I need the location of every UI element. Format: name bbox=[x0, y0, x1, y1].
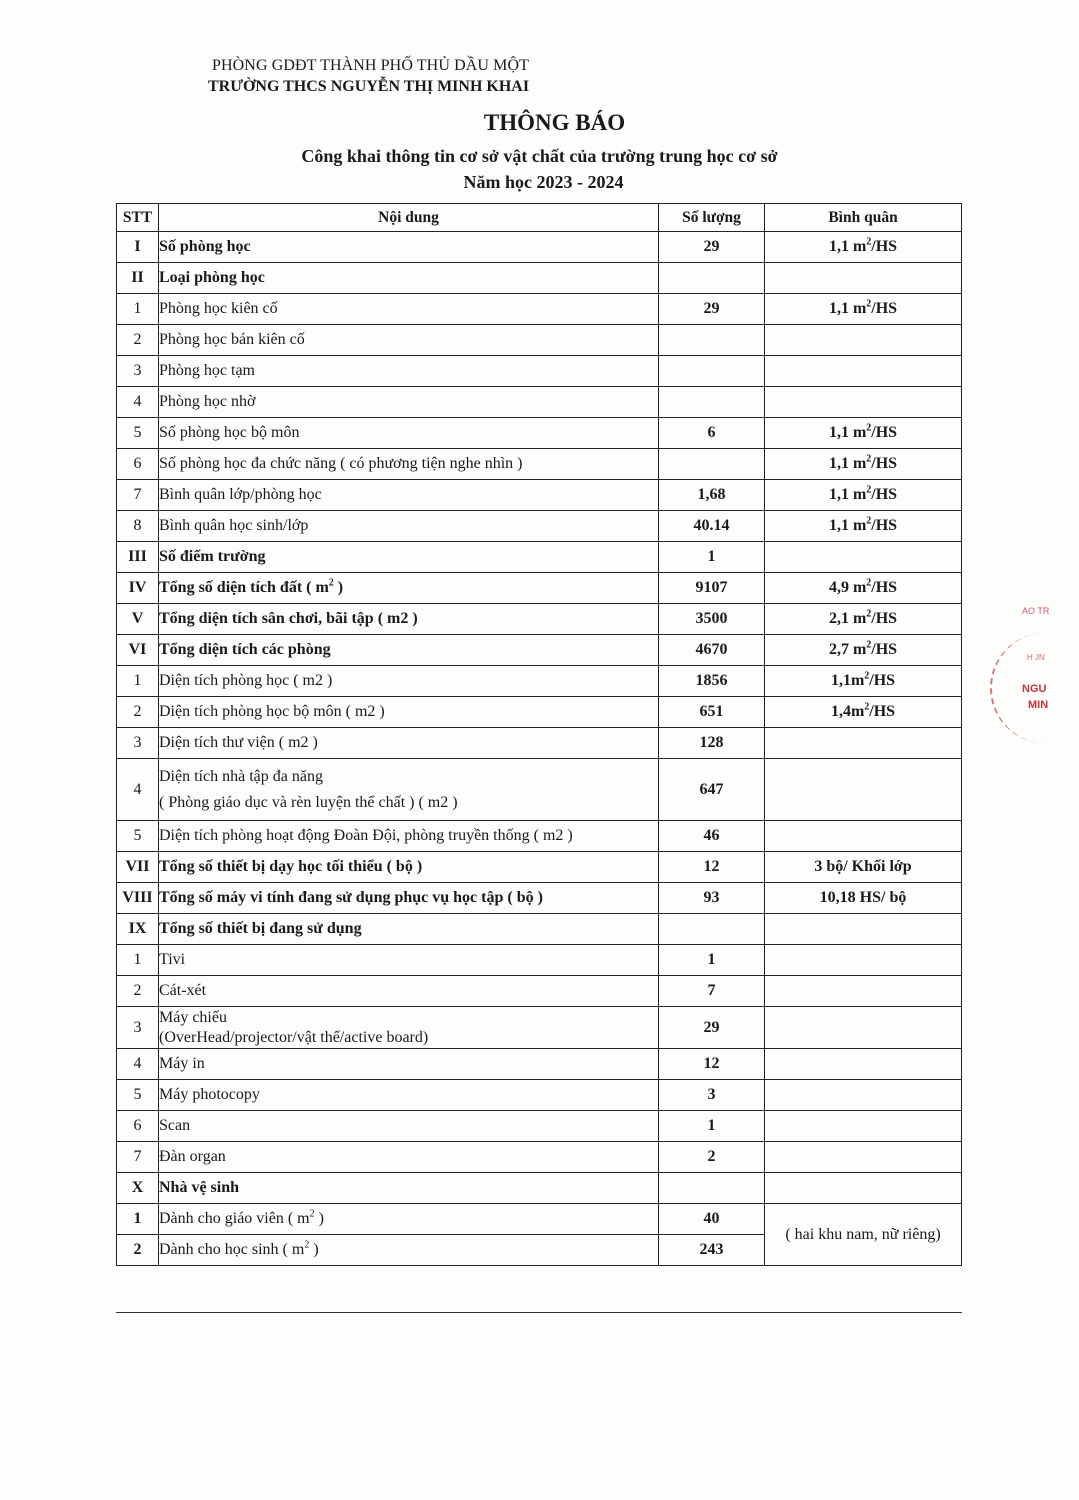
table-row: 2Diện tích phòng học bộ môn ( m2 )6511,4… bbox=[117, 697, 962, 728]
cell-quantity: 243 bbox=[659, 1235, 765, 1266]
table-row: 6Số phòng học đa chức năng ( có phương t… bbox=[117, 449, 962, 480]
cell-stt: 1 bbox=[117, 1204, 159, 1235]
cell-quantity: 4670 bbox=[659, 635, 765, 666]
cell-average: 1,1 m2/HS bbox=[765, 294, 962, 325]
cell-content: Phòng học bán kiên cố bbox=[159, 325, 659, 356]
cell-stt: 7 bbox=[117, 1142, 159, 1173]
cell-average: 3 bộ/ Khối lớp bbox=[765, 852, 962, 883]
content-text: Bình quân lớp/phòng học bbox=[159, 486, 322, 503]
cell-quantity bbox=[659, 914, 765, 945]
cell-content: Dành cho học sinh ( m2 ) bbox=[159, 1235, 659, 1266]
cell-quantity: 6 bbox=[659, 418, 765, 449]
cell-content: Phòng học kiên cố bbox=[159, 294, 659, 325]
cell-quantity: 3500 bbox=[659, 604, 765, 635]
cell-content: Diện tích phòng học ( m2 ) bbox=[159, 666, 659, 697]
cell-average bbox=[765, 542, 962, 573]
cell-average: 2,1 m2/HS bbox=[765, 604, 962, 635]
column-header-content: Nội dung bbox=[159, 204, 659, 232]
content-text: Phòng học nhờ bbox=[159, 393, 255, 410]
content-text: Số phòng học đa chức năng ( có phương ti… bbox=[159, 455, 523, 472]
content-text: Máy chiếu bbox=[159, 1009, 227, 1026]
table-row: VITổng diện tích các phòng46702,7 m2/HS bbox=[117, 635, 962, 666]
table-row: 7Bình quân lớp/phòng học1,681,1 m2/HS bbox=[117, 480, 962, 511]
table-row: 5Số phòng học bộ môn61,1 m2/HS bbox=[117, 418, 962, 449]
stamp-text: MIN bbox=[1028, 699, 1048, 711]
table-row: 4Phòng học nhờ bbox=[117, 387, 962, 418]
cell-average bbox=[765, 387, 962, 418]
cell-stt: III bbox=[117, 542, 159, 573]
cell-quantity: 1 bbox=[659, 945, 765, 976]
cell-stt: 2 bbox=[117, 1235, 159, 1266]
cell-average bbox=[765, 1080, 962, 1111]
cell-stt: 4 bbox=[117, 387, 159, 418]
cell-stt: 4 bbox=[117, 759, 159, 821]
content-text: Diện tích phòng hoạt động Đoàn Đội, phòn… bbox=[159, 827, 573, 844]
table-row: 1Dành cho giáo viên ( m2 )40( hai khu na… bbox=[117, 1204, 962, 1235]
cell-content: Scan bbox=[159, 1111, 659, 1142]
cell-average: 4,9 m2/HS bbox=[765, 573, 962, 604]
footer-divider bbox=[116, 1312, 962, 1313]
content-text: Cát-xét bbox=[159, 982, 206, 999]
content-text: Đàn organ bbox=[159, 1148, 226, 1165]
cell-quantity bbox=[659, 356, 765, 387]
cell-stt: 2 bbox=[117, 976, 159, 1007]
cell-stt: I bbox=[117, 232, 159, 263]
cell-content: Dành cho giáo viên ( m2 ) bbox=[159, 1204, 659, 1235]
cell-quantity: 9107 bbox=[659, 573, 765, 604]
cell-stt: 4 bbox=[117, 1049, 159, 1080]
cell-content: Tổng diện tích các phòng bbox=[159, 635, 659, 666]
cell-stt: II bbox=[117, 263, 159, 294]
cell-content: Diện tích phòng học bộ môn ( m2 ) bbox=[159, 697, 659, 728]
cell-stt: X bbox=[117, 1173, 159, 1204]
cell-content: Tổng diện tích sân chơi, bãi tập ( m2 ) bbox=[159, 604, 659, 635]
table-row: 5Diện tích phòng hoạt động Đoàn Đội, phò… bbox=[117, 821, 962, 852]
content-text: Tổng số thiết bị dạy học tối thiểu ( bộ … bbox=[159, 858, 422, 875]
cell-average bbox=[765, 728, 962, 759]
cell-content: Tổng số thiết bị dạy học tối thiểu ( bộ … bbox=[159, 852, 659, 883]
cell-quantity: 29 bbox=[659, 294, 765, 325]
content-text: Diện tích phòng học ( m2 ) bbox=[159, 672, 332, 689]
cell-content: Tổng số diện tích đất ( m2 ) bbox=[159, 573, 659, 604]
cell-content: Phòng học nhờ bbox=[159, 387, 659, 418]
cell-quantity: 93 bbox=[659, 883, 765, 914]
school-name: TRƯỜNG THCS NGUYỄN THỊ MINH KHAI bbox=[208, 78, 529, 96]
table-row: VIITổng số thiết bị dạy học tối thiểu ( … bbox=[117, 852, 962, 883]
content-text: Dành cho giáo viên ( m2 ) bbox=[159, 1210, 324, 1227]
cell-content: Diện tích thư viện ( m2 ) bbox=[159, 728, 659, 759]
cell-content: Phòng học tạm bbox=[159, 356, 659, 387]
stamp-text: AO TR bbox=[1022, 606, 1049, 616]
cell-content: Tổng số máy vi tính đang sử dụng phục vụ… bbox=[159, 883, 659, 914]
cell-quantity: 12 bbox=[659, 852, 765, 883]
cell-average: 1,1 m2/HS bbox=[765, 418, 962, 449]
cell-average bbox=[765, 325, 962, 356]
cell-quantity: 1856 bbox=[659, 666, 765, 697]
cell-stt: 2 bbox=[117, 325, 159, 356]
document-subtitle: Công khai thông tin cơ sở vật chất của t… bbox=[0, 146, 1079, 167]
cell-stt: 6 bbox=[117, 449, 159, 480]
cell-content: Loại phòng học bbox=[159, 263, 659, 294]
content-text: Phòng học bán kiên cố bbox=[159, 331, 305, 348]
table-row: 2Cát-xét7 bbox=[117, 976, 962, 1007]
table-row: ISố phòng học291,1 m2/HS bbox=[117, 232, 962, 263]
cell-content: Cát-xét bbox=[159, 976, 659, 1007]
cell-content: Tổng số thiết bị đang sử dụng bbox=[159, 914, 659, 945]
cell-quantity: 29 bbox=[659, 232, 765, 263]
cell-average bbox=[765, 759, 962, 821]
cell-average bbox=[765, 976, 962, 1007]
document-title: THÔNG BÁO bbox=[0, 110, 1079, 136]
cell-stt: 5 bbox=[117, 821, 159, 852]
column-header-average: Bình quân bbox=[765, 204, 962, 232]
cell-average: ( hai khu nam, nữ riêng) bbox=[765, 1204, 962, 1266]
table-row: IVTổng số diện tích đất ( m2 )91074,9 m2… bbox=[117, 573, 962, 604]
school-year: Năm học 2023 - 2024 bbox=[0, 172, 1079, 193]
cell-average bbox=[765, 1049, 962, 1080]
content-text: Phòng học kiên cố bbox=[159, 300, 278, 317]
table-row: IIISố điểm trường1 bbox=[117, 542, 962, 573]
cell-average bbox=[765, 1173, 962, 1204]
table-row: VTổng diện tích sân chơi, bãi tập ( m2 )… bbox=[117, 604, 962, 635]
cell-quantity: 2 bbox=[659, 1142, 765, 1173]
table-row: IXTổng số thiết bị đang sử dụng bbox=[117, 914, 962, 945]
content-text: Số điểm trường bbox=[159, 548, 265, 565]
cell-stt: VI bbox=[117, 635, 159, 666]
cell-quantity: 647 bbox=[659, 759, 765, 821]
table-row: 1Diện tích phòng học ( m2 )18561,1m2/HS bbox=[117, 666, 962, 697]
content-text: Số phòng học bbox=[159, 238, 251, 255]
cell-quantity bbox=[659, 325, 765, 356]
content-text: Số phòng học bộ môn bbox=[159, 424, 299, 441]
cell-quantity: 46 bbox=[659, 821, 765, 852]
content-text: Tổng số thiết bị đang sử dụng bbox=[159, 920, 362, 937]
column-header-quantity: Số lượng bbox=[659, 204, 765, 232]
cell-average: 1,1 m2/HS bbox=[765, 449, 962, 480]
department-name: PHÒNG GDĐT THÀNH PHỐ THỦ DẦU MỘT bbox=[212, 57, 529, 75]
cell-stt: 1 bbox=[117, 666, 159, 697]
cell-stt: 8 bbox=[117, 511, 159, 542]
table-row: 1Phòng học kiên cố291,1 m2/HS bbox=[117, 294, 962, 325]
cell-quantity: 128 bbox=[659, 728, 765, 759]
cell-stt: 7 bbox=[117, 480, 159, 511]
cell-quantity bbox=[659, 387, 765, 418]
content-text: Scan bbox=[159, 1117, 190, 1134]
cell-content: Diện tích nhà tập đa năng( Phòng giáo dụ… bbox=[159, 759, 659, 821]
content-text: Phòng học tạm bbox=[159, 362, 255, 379]
table-row: 7Đàn organ2 bbox=[117, 1142, 962, 1173]
cell-stt: VIII bbox=[117, 883, 159, 914]
content-text: Loại phòng học bbox=[159, 269, 265, 286]
content-text: Tivi bbox=[159, 951, 185, 968]
cell-average: 2,7 m2/HS bbox=[765, 635, 962, 666]
cell-content: Số phòng học bbox=[159, 232, 659, 263]
column-header-stt: STT bbox=[117, 204, 159, 232]
cell-stt: V bbox=[117, 604, 159, 635]
table-row: 4Máy in12 bbox=[117, 1049, 962, 1080]
content-text: Tổng số máy vi tính đang sử dụng phục vụ… bbox=[159, 889, 543, 906]
content-text: Diện tích nhà tập đa năng bbox=[159, 768, 323, 785]
content-text: Dành cho học sinh ( m2 ) bbox=[159, 1241, 319, 1258]
table-row: 3Máy chiếu(OverHead/projector/vật thể/ac… bbox=[117, 1007, 962, 1049]
table-row: 5Máy photocopy3 bbox=[117, 1080, 962, 1111]
cell-stt: 1 bbox=[117, 945, 159, 976]
content-text: Tổng số diện tích đất ( m2 ) bbox=[159, 579, 343, 596]
cell-average bbox=[765, 1142, 962, 1173]
cell-average bbox=[765, 263, 962, 294]
cell-content: Máy chiếu(OverHead/projector/vật thể/act… bbox=[159, 1007, 659, 1049]
stamp-text: NGU bbox=[1022, 683, 1046, 695]
cell-average bbox=[765, 356, 962, 387]
cell-quantity bbox=[659, 263, 765, 294]
cell-average: 1,1 m2/HS bbox=[765, 511, 962, 542]
cell-average bbox=[765, 1007, 962, 1049]
cell-quantity: 1 bbox=[659, 542, 765, 573]
cell-content: Số phòng học bộ môn bbox=[159, 418, 659, 449]
cell-content: Số điểm trường bbox=[159, 542, 659, 573]
content-text: Diện tích thư viện ( m2 ) bbox=[159, 734, 318, 751]
cell-stt: 5 bbox=[117, 418, 159, 449]
cell-average: 1,1 m2/HS bbox=[765, 232, 962, 263]
cell-average: 10,18 HS/ bộ bbox=[765, 883, 962, 914]
cell-quantity bbox=[659, 1173, 765, 1204]
cell-stt: 3 bbox=[117, 356, 159, 387]
official-stamp: AO TR H JN NGU MIN bbox=[982, 598, 1079, 758]
cell-stt: 3 bbox=[117, 1007, 159, 1049]
cell-average bbox=[765, 1111, 962, 1142]
table-row: 1Tivi1 bbox=[117, 945, 962, 976]
cell-content: Máy in bbox=[159, 1049, 659, 1080]
content-text: Máy in bbox=[159, 1055, 205, 1072]
content-text: Nhà vệ sinh bbox=[159, 1179, 239, 1196]
content-text: Tổng diện tích các phòng bbox=[159, 641, 331, 658]
stamp-text: H JN bbox=[1027, 653, 1045, 662]
cell-quantity: 651 bbox=[659, 697, 765, 728]
cell-content: Đàn organ bbox=[159, 1142, 659, 1173]
cell-average bbox=[765, 821, 962, 852]
facilities-table: STT Nội dung Số lượng Bình quân ISố phòn… bbox=[116, 203, 962, 1266]
table-header-row: STT Nội dung Số lượng Bình quân bbox=[117, 204, 962, 232]
cell-content: Bình quân học sinh/lớp bbox=[159, 511, 659, 542]
cell-quantity: 29 bbox=[659, 1007, 765, 1049]
cell-quantity: 3 bbox=[659, 1080, 765, 1111]
cell-content: Bình quân lớp/phòng học bbox=[159, 480, 659, 511]
content-text: Máy photocopy bbox=[159, 1086, 260, 1103]
cell-stt: 5 bbox=[117, 1080, 159, 1111]
cell-quantity: 1,68 bbox=[659, 480, 765, 511]
content-text-line2: ( Phòng giáo dục và rèn luyện thể chất )… bbox=[159, 794, 658, 812]
cell-quantity: 7 bbox=[659, 976, 765, 1007]
cell-content: Nhà vệ sinh bbox=[159, 1173, 659, 1204]
cell-stt: 3 bbox=[117, 728, 159, 759]
cell-average bbox=[765, 945, 962, 976]
cell-content: Số phòng học đa chức năng ( có phương ti… bbox=[159, 449, 659, 480]
cell-average bbox=[765, 914, 962, 945]
cell-average: 1,1 m2/HS bbox=[765, 480, 962, 511]
table-body: ISố phòng học291,1 m2/HSIILoại phòng học… bbox=[117, 232, 962, 1266]
table-row: 3Phòng học tạm bbox=[117, 356, 962, 387]
content-text: Diện tích phòng học bộ môn ( m2 ) bbox=[159, 703, 385, 720]
cell-quantity: 40.14 bbox=[659, 511, 765, 542]
content-text: Tổng diện tích sân chơi, bãi tập ( m2 ) bbox=[159, 610, 418, 627]
cell-quantity bbox=[659, 449, 765, 480]
cell-content: Tivi bbox=[159, 945, 659, 976]
table-row: 3Diện tích thư viện ( m2 )128 bbox=[117, 728, 962, 759]
cell-stt: IV bbox=[117, 573, 159, 604]
cell-quantity: 1 bbox=[659, 1111, 765, 1142]
table-row: 4Diện tích nhà tập đa năng( Phòng giáo d… bbox=[117, 759, 962, 821]
cell-stt: VII bbox=[117, 852, 159, 883]
table-row: VIIITổng số máy vi tính đang sử dụng phụ… bbox=[117, 883, 962, 914]
cell-quantity: 40 bbox=[659, 1204, 765, 1235]
cell-average: 1,1m2/HS bbox=[765, 666, 962, 697]
cell-stt: IX bbox=[117, 914, 159, 945]
table-row: IILoại phòng học bbox=[117, 263, 962, 294]
cell-content: Máy photocopy bbox=[159, 1080, 659, 1111]
cell-content: Diện tích phòng hoạt động Đoàn Đội, phòn… bbox=[159, 821, 659, 852]
cell-stt: 6 bbox=[117, 1111, 159, 1142]
cell-stt: 1 bbox=[117, 294, 159, 325]
cell-stt: 2 bbox=[117, 697, 159, 728]
content-text-line2: (OverHead/projector/vật thể/active board… bbox=[159, 1029, 658, 1047]
content-text: Bình quân học sinh/lớp bbox=[159, 517, 308, 534]
table-row: 6Scan1 bbox=[117, 1111, 962, 1142]
table-row: XNhà vệ sinh bbox=[117, 1173, 962, 1204]
cell-quantity: 12 bbox=[659, 1049, 765, 1080]
table-row: 8Bình quân học sinh/lớp40.141,1 m2/HS bbox=[117, 511, 962, 542]
cell-average: 1,4m2/HS bbox=[765, 697, 962, 728]
table-row: 2Phòng học bán kiên cố bbox=[117, 325, 962, 356]
